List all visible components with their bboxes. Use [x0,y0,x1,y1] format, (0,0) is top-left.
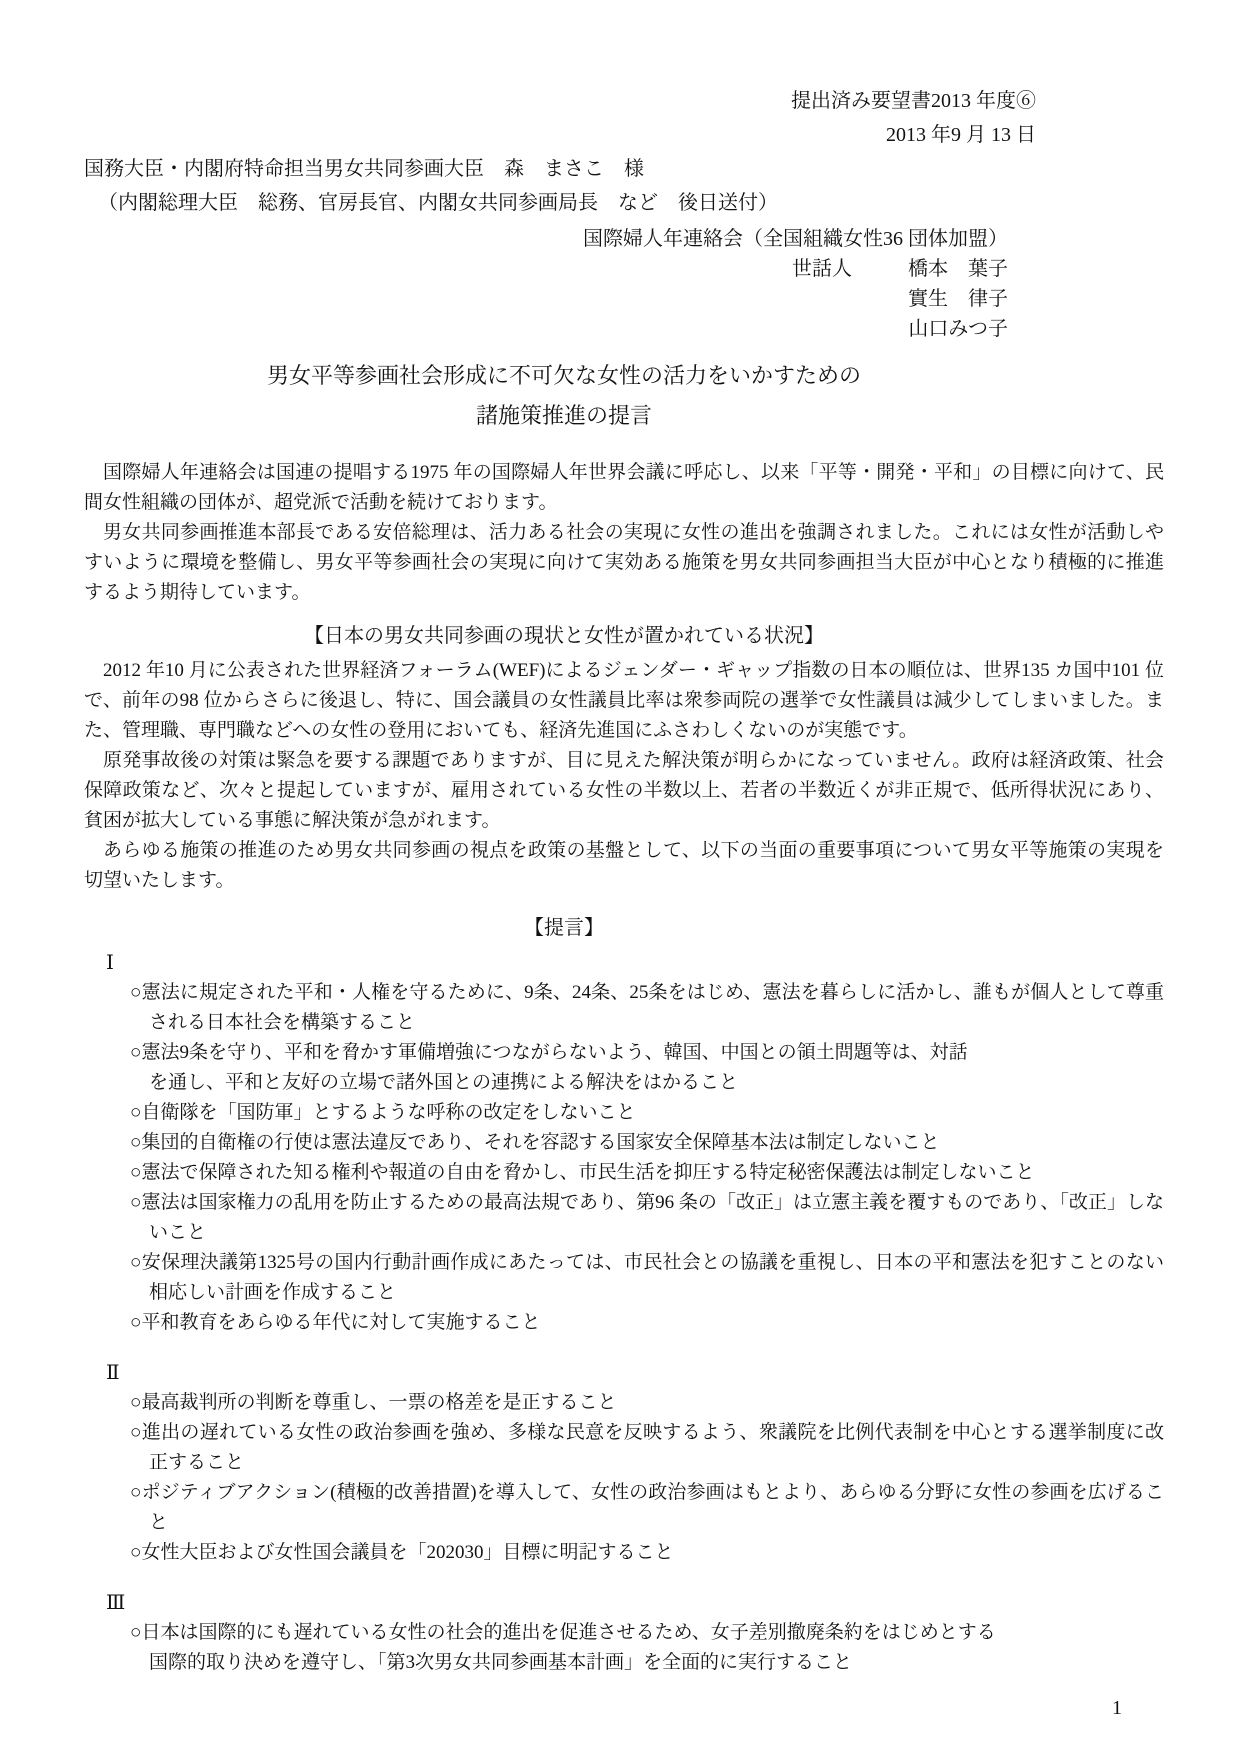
document-page: 提出済み要望書2013 年度⑥ 2013 年9 月 13 日 国務大臣・内閣府特… [0,0,1240,1754]
caretaker-name: 山口みつ子 [84,314,1008,344]
proposal-item: ○憲法9条を守り、平和を脅かす軍備増強につながらないよう、韓国、中国との領土問題… [84,1038,1164,1098]
status-paragraph: 原発事故後の対策は緊急を要する課題でありますが、目に見えた解決策が明らかになって… [84,746,1164,836]
recipient-cc-line: （内閣総理大臣 総務、官房長官、内閣女共同参画局長 など 後日送付） [84,186,1164,220]
proposal-section-2: ○最高裁判所の判断を尊重し、一票の格差を是正すること ○進出の遅れている女性の政… [84,1388,1164,1568]
recipient-block: 国務大臣・内閣府特命担当男女共同参画大臣 森 まさこ 様 （内閣総理大臣 総務、… [84,152,1164,220]
proposal-item: ○安保理決議第1325号の国内行動計画作成にあたっては、市民社会との協議を重視し… [84,1248,1164,1308]
proposal-heading: 【提言】 [84,912,1044,944]
proposal-item: ○進出の遅れている女性の政治参画を強め、多様な民意を反映するよう、衆議院を比例代… [84,1418,1164,1478]
proposal-item: ○憲法は国家権力の乱用を防止するための最高法規であり、第96 条の「改正」は立憲… [84,1188,1164,1248]
document-title-line1: 男女平等参画社会形成に不可欠な女性の活力をいかすための [84,356,1044,396]
status-section-heading: 【日本の男女共同参画の現状と女性が置かれている状況】 [84,620,1044,652]
proposal-item: ○最高裁判所の判断を尊重し、一票の格差を是正すること [84,1388,1164,1418]
proposal-item: ○自衛隊を「国防軍」とするような呼称の改定をしないこと [84,1098,1164,1128]
status-paragraph: 2012 年10 月に公表された世界経済フォーラム(WEF)によるジェンダー・ギ… [84,656,1164,746]
proposal-item: ○女性大臣および女性国会議員を「202030」目標に明記すること [84,1538,1164,1568]
intro-paragraph: 男女共同参画推進本部長である安倍総理は、活力ある社会の実現に女性の進出を強調され… [84,518,1164,608]
proposal-item: ○ポジティブアクション(積極的改善措置)を導入して、女性の政治参画はもとより、あ… [84,1478,1164,1538]
document-title-line2: 諸施策推進の提言 [84,396,1044,436]
proposal-item: ○憲法で保障された知る権利や報道の自由を脅かし、市民生活を抑圧する特定秘密保護法… [84,1158,1164,1188]
caretaker-name: 橋本 葉子 [908,258,1008,280]
proposal-item: ○日本は国際的にも遅れている女性の社会的進出を促進させるため、女子差別撤廃条約を… [84,1618,1164,1678]
proposal-item: ○集団的自衛権の行使は憲法違反であり、それを容認する国家安全保障基本法は制定しな… [84,1128,1164,1158]
proposal-item: ○憲法に規定された平和・人権を守るために、9条、24条、25条をはじめ、憲法を暮… [84,978,1164,1038]
proposal-item: ○平和教育をあらゆる年代に対して実施すること [84,1308,1164,1338]
page-number: 1 [1112,1693,1122,1723]
proposal-section-3: ○日本は国際的にも遅れている女性の社会的進出を促進させるため、女子差別撤廃条約を… [84,1618,1164,1678]
caretaker-role-label: 世話人 [792,258,852,280]
submitted-request-label: 提出済み要望書2013 年度⑥ [84,84,1036,118]
proposal-section-1: ○憲法に規定された平和・人権を守るために、9条、24条、25条をはじめ、憲法を暮… [84,978,1164,1338]
sender-organization: 国際婦人年連絡会（全国組織女性36 団体加盟） [84,224,1008,254]
sender-caretaker-row: 世話人橋本 葉子 [84,254,1008,284]
status-paragraph: あらゆる施策の推進のため男女共同参画の視点を政策の基盤として、以下の当面の重要事… [84,836,1164,896]
section-numeral-2: Ⅱ [106,1358,1164,1388]
document-title: 男女平等参画社会形成に不可欠な女性の活力をいかすための 諸施策推進の提言 [84,356,1044,436]
caretaker-name: 實生 律子 [84,284,1008,314]
document-header: 提出済み要望書2013 年度⑥ 2013 年9 月 13 日 [84,84,1164,152]
sender-block: 国際婦人年連絡会（全国組織女性36 団体加盟） 世話人橋本 葉子 實生 律子 山… [84,224,1164,344]
document-date: 2013 年9 月 13 日 [84,118,1036,152]
section-numeral-1: Ⅰ [106,948,1164,978]
intro-paragraph: 国際婦人年連絡会は国連の提唱する1975 年の国際婦人年世界会議に呼応し、以来「… [84,458,1164,518]
section-numeral-3: Ⅲ [106,1588,1164,1618]
recipient-line: 国務大臣・内閣府特命担当男女共同参画大臣 森 まさこ 様 [84,152,1164,186]
